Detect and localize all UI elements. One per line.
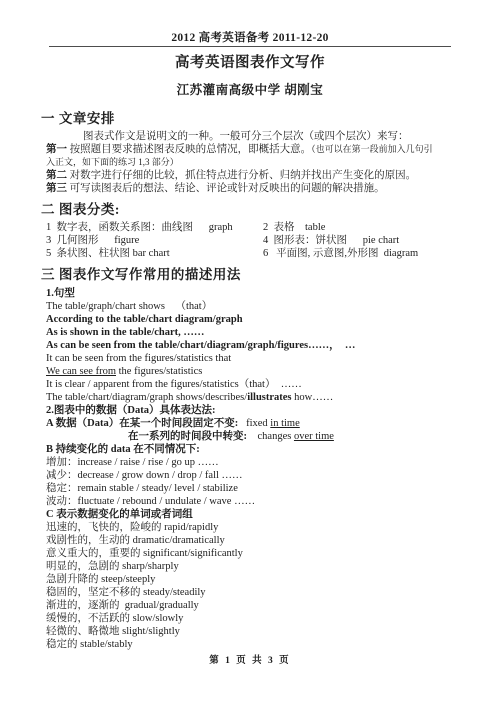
text-line: 渐进的，逐渐的 gradual/gradually xyxy=(46,599,460,612)
text-run: 3 几何图形 figure xyxy=(46,235,139,246)
text-run: 稳定：remain stable / steady/ level / stabi… xyxy=(46,483,238,494)
text-run: 缓慢的，不活跃的 slow/slowly xyxy=(46,613,183,624)
text-line: 减少：decrease / grow down / drop / fall …… xyxy=(46,469,460,482)
text-run: illustrates xyxy=(247,392,291,403)
text-run: As can be seen from the table/chart/diag… xyxy=(46,340,355,351)
category-row: 1 数字表，函数关系图：曲线图 graph2 表格 table xyxy=(46,221,460,234)
text-line: 稳固的，坚定不移的 steady/steadily xyxy=(46,586,460,599)
text-line: 明显的，急剧的 sharp/sharply xyxy=(46,560,460,573)
text-line: 在一系列的时间段中转变: changes over time xyxy=(46,430,460,443)
text-run: how…… xyxy=(292,392,334,403)
text-run: 第二 xyxy=(46,170,67,181)
text-run: 迅速的，飞快的，险峻的 rapid/rapidly xyxy=(46,522,218,533)
text-line: We can see from the figures/statistics xyxy=(46,365,460,378)
section-3-heading: 三 图表作文写作常用的描述用法 xyxy=(41,266,460,283)
text-run: 入正文，如下面的练习 1,3 部分） xyxy=(46,157,179,167)
text-line: 缓慢的，不活跃的 slow/slowly xyxy=(46,612,460,625)
text-run: 函数关系 xyxy=(99,222,141,233)
section-3-body: 1.句型The table/graph/chart shows （that）Ac… xyxy=(46,287,460,651)
text-run: in time xyxy=(270,418,299,429)
text-run: 波动：fluctuate / rebound / undulate / wave… xyxy=(46,496,255,507)
text-line: 第一 按照题目要求描述图表反映的总情况，即概括大意。（也可以在第一段前加入几句引 xyxy=(46,143,460,156)
document-page: 2012 高考英语备考 2011-12-20 高考英语图表作文写作 江苏灌南高级… xyxy=(0,0,500,707)
category-right-cell: 2 表格 table xyxy=(263,221,460,234)
text-run: 2.图表中的数据（Data）具体表达法: xyxy=(46,405,215,416)
text-line: 第三 可写读图表后的想法、结论、评论或针对反映出的问题的解决措施。 xyxy=(46,182,460,195)
text-run: 按照题目要求描述图表反映的总情况，即概括大意。 xyxy=(67,144,311,155)
document-subtitle: 江苏灌南高级中学 胡刚宝 xyxy=(0,84,500,97)
text-run: 稳固的，坚定不移的 steady/steadily xyxy=(46,587,206,598)
category-row: 5 条状图、柱状图 bar chart6 平面图, 示意图,外形图 diagra… xyxy=(46,247,460,260)
text-line: A 数据（Data）在某一个时间段固定不变: fixed in time xyxy=(46,417,460,430)
text-line: 第二 对数字进行仔细的比较，抓住特点进行分析、归纳并找出产生变化的原因。 xyxy=(46,169,460,182)
page-number-footer: 第 1 页 共 3 页 xyxy=(0,652,500,666)
text-line: The table/graph/chart shows （that） xyxy=(46,300,460,313)
text-run: 对数字进行仔细的比较，抓住特点进行分析、归纳并找出产生变化的原因。 xyxy=(67,170,416,181)
category-left-cell: 5 条状图、柱状图 bar chart xyxy=(46,247,263,260)
text-run: 轻微的、略微地 slight/slightly xyxy=(46,626,180,637)
category-right-cell: 4 图形表：饼状图 pie chart xyxy=(263,234,460,247)
text-run: 稳定的 stable/stably xyxy=(46,639,133,650)
text-run: 减少：decrease / grow down / drop / fall …… xyxy=(46,470,243,481)
section-2-heading: 二 图表分类: xyxy=(41,201,460,218)
text-run: According to the table/chart diagram/gra… xyxy=(46,314,243,325)
text-line: B 持续变化的 data 在不同情况下: xyxy=(46,443,460,456)
document-body: 一 文章安排 图表式作文是说明文的一种。一般可分三个层次（或四个层次）来写：第一… xyxy=(0,110,500,651)
text-run: 图：曲线图 graph xyxy=(141,222,233,233)
text-run: 急剧升降的 steep/steeply xyxy=(46,574,155,585)
text-line: The table/chart/diagram/graph shows/desc… xyxy=(46,391,460,404)
text-line: According to the table/chart diagram/gra… xyxy=(46,313,460,326)
text-run: the figures/statistics xyxy=(116,366,202,377)
text-run: 1 数字表， xyxy=(46,222,99,233)
text-run: 1.句型 xyxy=(46,288,75,299)
text-run: changes xyxy=(247,431,294,442)
text-run: 第一 xyxy=(46,144,67,155)
text-line: 轻微的、略微地 slight/slightly xyxy=(46,625,460,638)
text-line: As is shown in the table/chart, …… xyxy=(46,326,460,339)
text-run: 4 图形表：饼状图 pie chart xyxy=(263,235,399,246)
text-run: 渐进的，逐渐的 gradual/gradually xyxy=(46,600,199,611)
text-run: It is clear / apparent from the figures/… xyxy=(46,379,302,390)
text-line: 稳定：remain stable / steady/ level / stabi… xyxy=(46,482,460,495)
text-run: 5 条状图、柱状图 bar chart xyxy=(46,248,170,259)
document-title: 高考英语图表作文写作 xyxy=(0,56,500,71)
text-line: 2.图表中的数据（Data）具体表达法: xyxy=(46,404,460,417)
text-line: 增加：increase / raise / rise / go up …… xyxy=(46,456,460,469)
text-line: 图表式作文是说明文的一种。一般可分三个层次（或四个层次）来写： xyxy=(46,130,460,143)
text-run: 2 表格 table xyxy=(263,222,325,233)
text-run: 增加：increase / raise / rise / go up …… xyxy=(46,457,219,468)
text-run: It can be seen from the figures/statisti… xyxy=(46,353,231,364)
category-left-cell: 3 几何图形 figure xyxy=(46,234,263,247)
text-line: 戏剧性的，生动的 dramatic/dramatically xyxy=(46,534,460,547)
text-line: 稳定的 stable/stably xyxy=(46,638,460,651)
text-run: As is shown in the table/chart, …… xyxy=(46,327,204,338)
text-run: （也可以在第一段前加入几句引 xyxy=(311,144,433,154)
text-line: It is clear / apparent from the figures/… xyxy=(46,378,460,391)
category-row: 3 几何图形 figure4 图形表：饼状图 pie chart xyxy=(46,234,460,247)
text-run: B 持续变化的 data 在不同情况下: xyxy=(46,444,200,455)
text-line: 1.句型 xyxy=(46,287,460,300)
section-1-heading: 一 文章安排 xyxy=(41,110,460,127)
text-line: 入正文，如下面的练习 1,3 部分） xyxy=(46,156,460,169)
text-run: 第三 xyxy=(46,183,67,194)
text-run: over time xyxy=(294,431,334,442)
text-line: 波动：fluctuate / rebound / undulate / wave… xyxy=(46,495,460,508)
text-run: 明显的，急剧的 sharp/sharply xyxy=(46,561,179,572)
text-line: It can be seen from the figures/statisti… xyxy=(46,352,460,365)
text-run: 可写读图表后的想法、结论、评论或针对反映出的问题的解决措施。 xyxy=(67,183,385,194)
text-line: C 表示数据变化的单词或者词组 xyxy=(46,508,460,521)
section-1-body: 图表式作文是说明文的一种。一般可分三个层次（或四个层次）来写：第一 按照题目要求… xyxy=(46,130,460,195)
text-run: 图表式作文是说明文的一种。一般可分三个层次（或四个层次）来写： xyxy=(83,131,409,142)
text-run: We can see from xyxy=(46,366,116,377)
document-header: 2012 高考英语备考 2011-12-20 xyxy=(0,0,500,45)
text-run: The table/chart/diagram/graph shows/desc… xyxy=(46,392,247,403)
section-2-body: 1 数字表，函数关系图：曲线图 graph2 表格 table3 几何图形 fi… xyxy=(46,221,460,261)
text-line: As can be seen from the table/chart/diag… xyxy=(46,339,460,352)
text-run: The table/graph/chart shows （that） xyxy=(46,301,212,312)
text-run: A 数据（Data）在某一个时间段固定不变: xyxy=(46,418,238,429)
text-run: fixed xyxy=(238,418,270,429)
text-run: 6 平面图, 示意图,外形图 diagram xyxy=(263,248,418,259)
text-run: 戏剧性的，生动的 dramatic/dramatically xyxy=(46,535,225,546)
category-right-cell: 6 平面图, 示意图,外形图 diagram xyxy=(263,247,460,260)
category-left-cell: 1 数字表，函数关系图：曲线图 graph xyxy=(46,221,263,234)
text-run: 在一系列的时间段中转变: xyxy=(128,431,247,442)
text-run: 意义重大的，重要的 significant/significantly xyxy=(46,548,243,559)
text-run: C 表示数据变化的单词或者词组 xyxy=(46,509,193,520)
header-rule xyxy=(49,46,451,47)
text-line: 意义重大的，重要的 significant/significantly xyxy=(46,547,460,560)
text-line: 急剧升降的 steep/steeply xyxy=(46,573,460,586)
text-line: 迅速的，飞快的，险峻的 rapid/rapidly xyxy=(46,521,460,534)
